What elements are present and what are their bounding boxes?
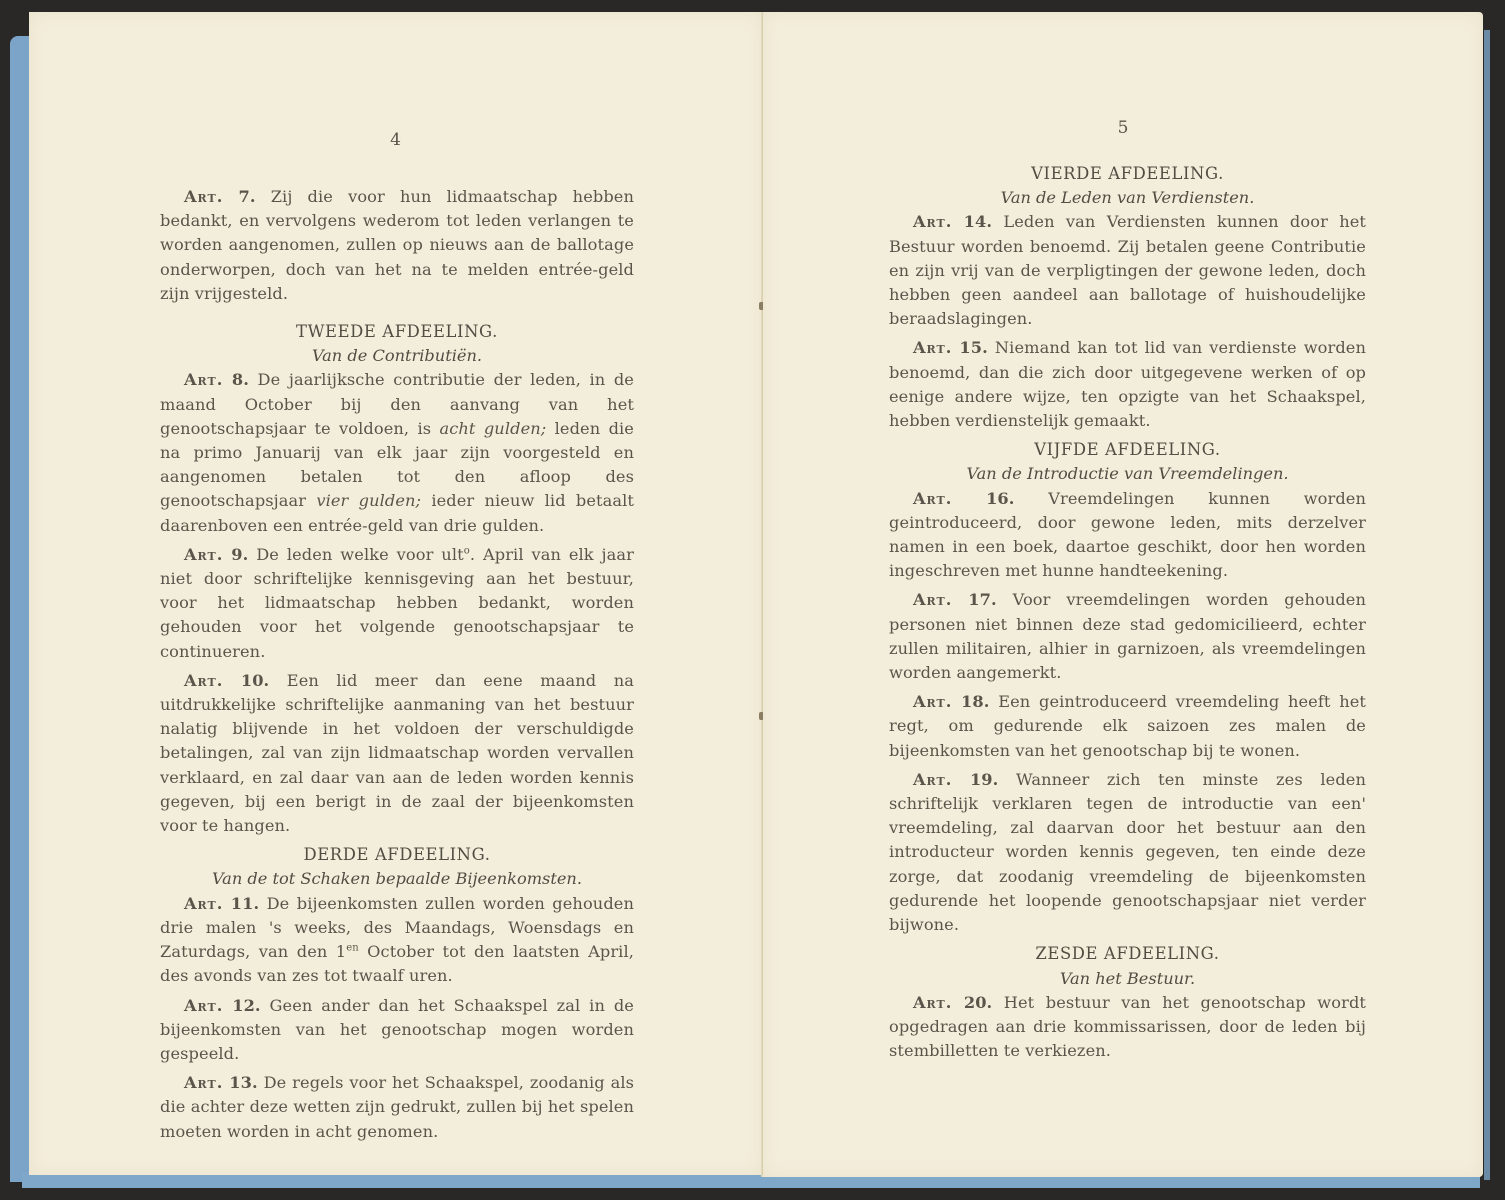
article-number: 18. [961, 692, 989, 711]
article-text: Zij die voor hun lidmaatschap hebben bed… [160, 187, 634, 303]
left-page-text: Art. 7. Zij die voor hun lidmaatschap he… [160, 185, 634, 1149]
article-8: Art. 8. De jaarlijksche contributie der … [160, 368, 634, 537]
article-text: Leden van Verdiensten kunnen door het Be… [889, 212, 1366, 328]
article-label: Art. [184, 545, 223, 564]
right-page-text: VIERDE AFDEELING. Van de Leden van Verdi… [889, 162, 1366, 1068]
article-label: Art. [184, 1073, 223, 1092]
article-number: 17. [968, 590, 996, 609]
article-number: 14. [964, 212, 992, 231]
book-cover-edge-right [1484, 30, 1490, 1180]
article-label: Art. [913, 212, 952, 231]
section-heading: VIERDE AFDEELING. [889, 162, 1366, 186]
article-text: Vreemdelingen kunnen worden geintroducee… [889, 489, 1366, 581]
article-label: Art. [913, 692, 952, 711]
article-label: Art. [913, 338, 952, 357]
article-20: Art. 20. Het bestuur van het genootschap… [889, 991, 1366, 1064]
article-number: 20. [964, 993, 992, 1012]
article-label: Art. [913, 993, 952, 1012]
article-number: 9. [231, 545, 248, 564]
article-text: Het bestuur van het genootschap wordt op… [889, 993, 1366, 1060]
article-text: Voor vreemdelingen worden gehouden perso… [889, 590, 1366, 682]
article-18: Art. 18. Een geintroduceerd vreemdeling … [889, 690, 1366, 763]
article-number: 11. [231, 894, 259, 913]
page-number: 5 [763, 118, 1483, 138]
section-heading: DERDE AFDEELING. [160, 843, 634, 867]
article-label: Art. [184, 671, 223, 690]
article-13: Art. 13. De regels voor het Schaakspel, … [160, 1071, 634, 1144]
article-label: Art. [184, 370, 223, 389]
article-9: Art. 9. De leden welke voor ulto. April … [160, 543, 634, 664]
section-subheading: Van het Bestuur. [889, 967, 1366, 991]
section-subheading: Van de Introductie van Vreemdelingen. [889, 462, 1366, 486]
article-text: Wanneer zich ten minste zes leden schrif… [889, 770, 1366, 934]
section-subheading: Van de Contributiën. [160, 344, 634, 368]
article-label: Art. [913, 770, 952, 789]
article-text: De leden welke voor ult [256, 545, 464, 564]
article-label: Art. [913, 489, 952, 508]
article-12: Art. 12. Geen ander dan het Schaakspel z… [160, 994, 634, 1067]
article-label: Art. [184, 894, 223, 913]
article-number: 7. [238, 187, 255, 206]
section-heading: TWEEDE AFDEELING. [160, 320, 634, 344]
article-label: Art. [184, 996, 223, 1015]
article-number: 16. [986, 489, 1014, 508]
article-number: 8. [232, 370, 249, 389]
article-emphasis: acht gulden; [439, 419, 546, 438]
article-number: 12. [232, 996, 260, 1015]
article-11: Art. 11. De bijeenkomsten zullen worden … [160, 892, 634, 989]
article-emphasis: vier gulden; [316, 491, 421, 510]
section-heading: VIJFDE AFDEELING. [889, 438, 1366, 462]
article-label: Art. [913, 590, 952, 609]
article-7: Art. 7. Zij die voor hun lidmaatschap he… [160, 185, 634, 306]
article-16: Art. 16. Vreemdelingen kunnen worden gei… [889, 487, 1366, 584]
article-number: 13. [229, 1073, 257, 1092]
article-number: 10. [241, 671, 269, 690]
article-17: Art. 17. Voor vreemdelingen worden gehou… [889, 588, 1366, 685]
section-heading: ZESDE AFDEELING. [889, 942, 1366, 966]
left-page: 4 Art. 7. Zij die voor hun lidmaatschap … [29, 12, 763, 1175]
section-subheading: Van de Leden van Verdiensten. [889, 186, 1366, 210]
superscript: en [346, 943, 359, 954]
article-10: Art. 10. Een lid meer dan eene maand na … [160, 669, 634, 838]
section-subheading: Van de tot Schaken bepaalde Bijeenkomste… [160, 867, 634, 891]
article-number: 19. [970, 770, 998, 789]
article-number: 15. [959, 338, 987, 357]
article-15: Art. 15. Niemand kan tot lid van verdien… [889, 336, 1366, 433]
right-page: 5 VIERDE AFDEELING. Van de Leden van Ver… [763, 12, 1483, 1177]
article-label: Art. [184, 187, 223, 206]
article-14: Art. 14. Leden van Verdiensten kunnen do… [889, 210, 1366, 331]
article-text: Een lid meer dan eene maand na uitdrukke… [160, 671, 634, 835]
page-number: 4 [29, 130, 762, 150]
article-19: Art. 19. Wanneer zich ten minste zes led… [889, 768, 1366, 937]
